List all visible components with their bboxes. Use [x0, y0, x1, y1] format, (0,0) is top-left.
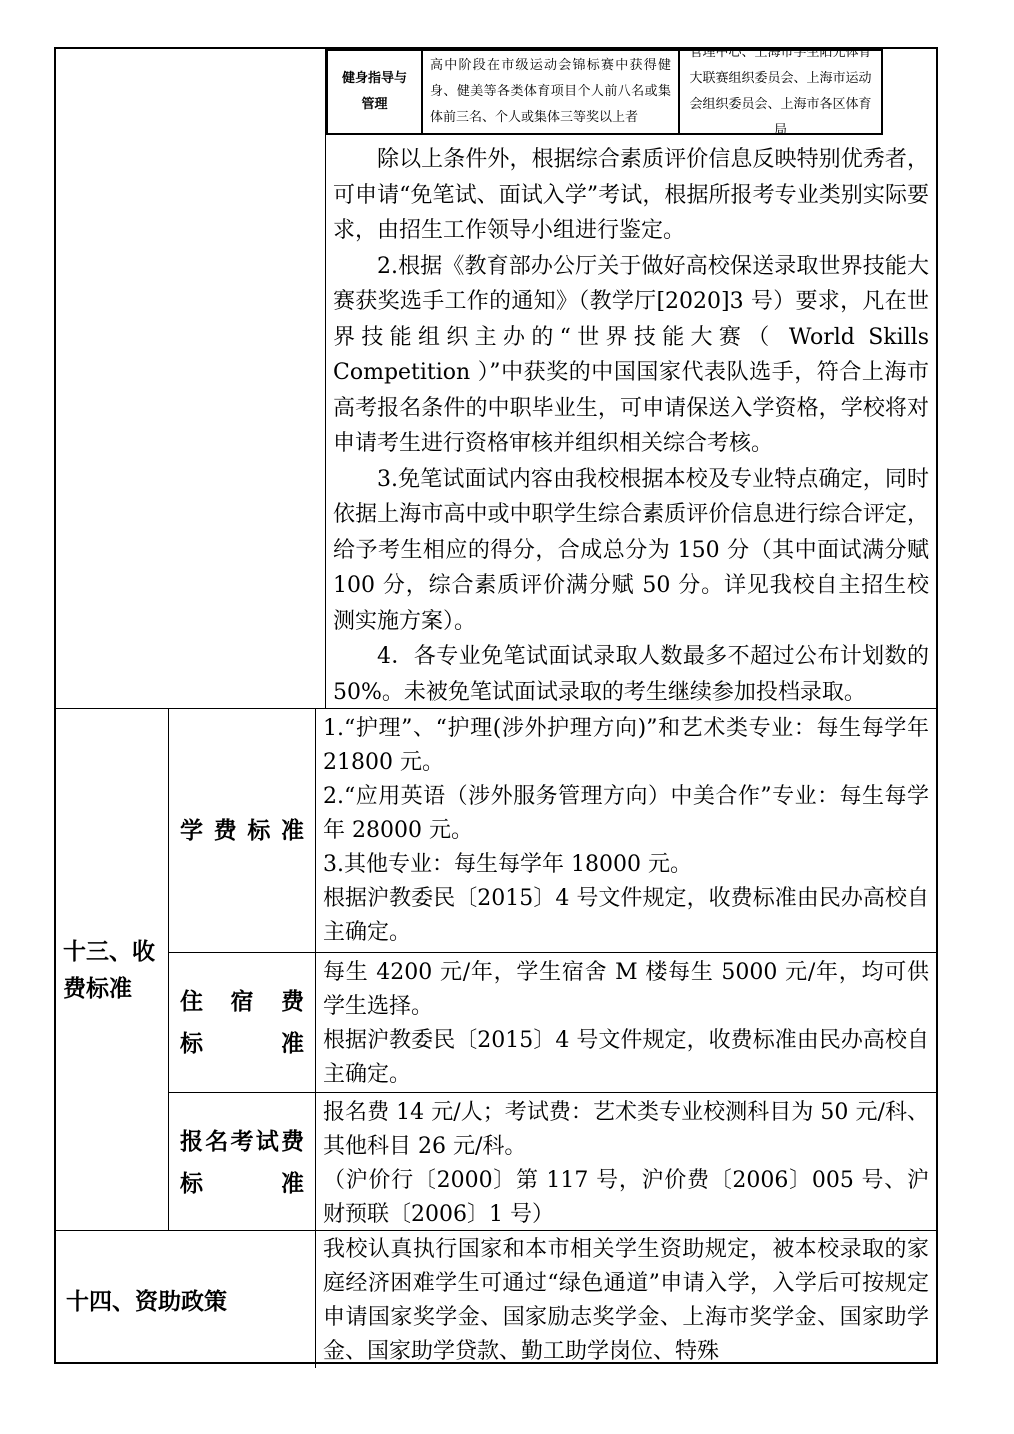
aid-policy-row: 十四、资助政策 我校认真执行国家和本市相关学生资助规定，被本校录取的家庭经济困难…	[56, 1230, 936, 1368]
fees-subtable: 学费标准 1.“护理”、“护理(涉外护理方向)”和艺术类专业：每生每学年 218…	[169, 709, 936, 1230]
accommodation-label-line2: 标准	[180, 1022, 304, 1064]
accommodation-subrow: 住宿费 标准 每生 4200 元/年，学生宿舍 M 楼每生 5000 元/年，均…	[169, 952, 936, 1093]
accommodation-label: 住宿费 标准	[169, 953, 316, 1093]
document-page: 健身指导与管理 高中阶段在市级运动会锦标赛中获得健身、健美等各类体育项目个人前八…	[0, 0, 1014, 1434]
paragraph-world-skills: 2.根据《教育部办公厅关于做好高校保送录取世界技能大赛获奖选手工作的通知》（教学…	[333, 249, 929, 462]
paragraph-quota-limit: 4．各专业免笔试面试录取人数最多不超过公布计划数的 50%。未被免笔试面试录取的…	[333, 639, 929, 708]
continuation-empty-label-cell	[56, 49, 326, 708]
exam-fee-label-line2: 标准	[180, 1162, 304, 1204]
fitness-category-cell: 健身指导与管理	[328, 51, 423, 133]
accommodation-item: 每生 4200 元/年，学生宿舍 M 楼每生 5000 元/年，均可供学生选择。	[323, 956, 929, 1024]
fitness-guidance-table: 健身指导与管理 高中阶段在市级运动会锦标赛中获得健身、健美等各类体育项目个人前八…	[326, 49, 883, 135]
tuition-item: 3.其他专业：每生每学年 18000 元。	[323, 848, 929, 882]
exam-fee-label: 报名考试费 标准	[169, 1093, 316, 1230]
fees-row: 十三、收费标准 学费标准 1.“护理”、“护理(涉外护理方向)”和艺术类专业：每…	[56, 708, 936, 1230]
fitness-organizations-cell: 管理中心、上海市学生阳光体育大联赛组织委员会、上海市运动会组织委员会、上海市各区…	[680, 51, 881, 133]
aid-policy-label: 十四、资助政策	[56, 1231, 316, 1368]
accommodation-item: 根据沪教委民〔2015〕4 号文件规定，收费标准由民办高校自主确定。	[323, 1024, 929, 1092]
continuation-content-cell: 健身指导与管理 高中阶段在市级运动会锦标赛中获得健身、健美等各类体育项目个人前八…	[326, 49, 936, 708]
fitness-criteria-cell: 高中阶段在市级运动会锦标赛中获得健身、健美等各类体育项目个人前八名或集体前三名、…	[423, 51, 680, 133]
tuition-item: 2.“应用英语（涉外服务管理方向）中美合作”专业：每生每学年 28000 元。	[323, 780, 929, 848]
tuition-content: 1.“护理”、“护理(涉外护理方向)”和艺术类专业：每生每学年 21800 元。…	[316, 709, 936, 952]
fees-row-label: 十三、收费标准	[56, 709, 169, 1230]
tuition-label: 学费标准	[169, 709, 316, 952]
exam-fee-content: 报名费 14 元/人；考试费：艺术类专业校测科目为 50 元/科、其他科目 26…	[316, 1093, 936, 1230]
admissions-table: 健身指导与管理 高中阶段在市级运动会锦标赛中获得健身、健美等各类体育项目个人前八…	[54, 47, 938, 1364]
paragraph-interview-scoring: 3.免笔试面试内容由我校根据本校及专业特点确定，同时依据上海市高中或中职学生综合…	[333, 462, 929, 640]
tuition-label-text: 学费标准	[180, 809, 304, 851]
exam-fee-item: 报名费 14 元/人；考试费：艺术类专业校测科目为 50 元/科、其他科目 26…	[323, 1096, 929, 1164]
exam-fee-label-line1: 报名考试费	[180, 1120, 304, 1162]
policy-paragraphs: 除以上条件外，根据综合素质评价信息反映特别优秀者，可申请“免笔试、面试入学”考试…	[326, 135, 936, 708]
exam-fee-item: （沪价行〔2000〕第 117 号，沪价费〔2006〕005 号、沪财预联〔20…	[323, 1164, 929, 1230]
aid-policy-content: 我校认真执行国家和本市相关学生资助规定，被本校录取的家庭经济困难学生可通过“绿色…	[316, 1231, 936, 1368]
exam-fee-subrow: 报名考试费 标准 报名费 14 元/人；考试费：艺术类专业校测科目为 50 元/…	[169, 1092, 936, 1230]
paragraph-exemption-intro: 除以上条件外，根据综合素质评价信息反映特别优秀者，可申请“免笔试、面试入学”考试…	[333, 142, 929, 249]
accommodation-content: 每生 4200 元/年，学生宿舍 M 楼每生 5000 元/年，均可供学生选择。…	[316, 953, 936, 1093]
tuition-subrow: 学费标准 1.“护理”、“护理(涉外护理方向)”和艺术类专业：每生每学年 218…	[169, 709, 936, 952]
accommodation-label-line1: 住宿费	[180, 980, 304, 1022]
continuation-row: 健身指导与管理 高中阶段在市级运动会锦标赛中获得健身、健美等各类体育项目个人前八…	[56, 49, 936, 708]
tuition-item: 1.“护理”、“护理(涉外护理方向)”和艺术类专业：每生每学年 21800 元。	[323, 712, 929, 780]
tuition-item: 根据沪教委民〔2015〕4 号文件规定，收费标准由民办高校自主确定。	[323, 882, 929, 950]
